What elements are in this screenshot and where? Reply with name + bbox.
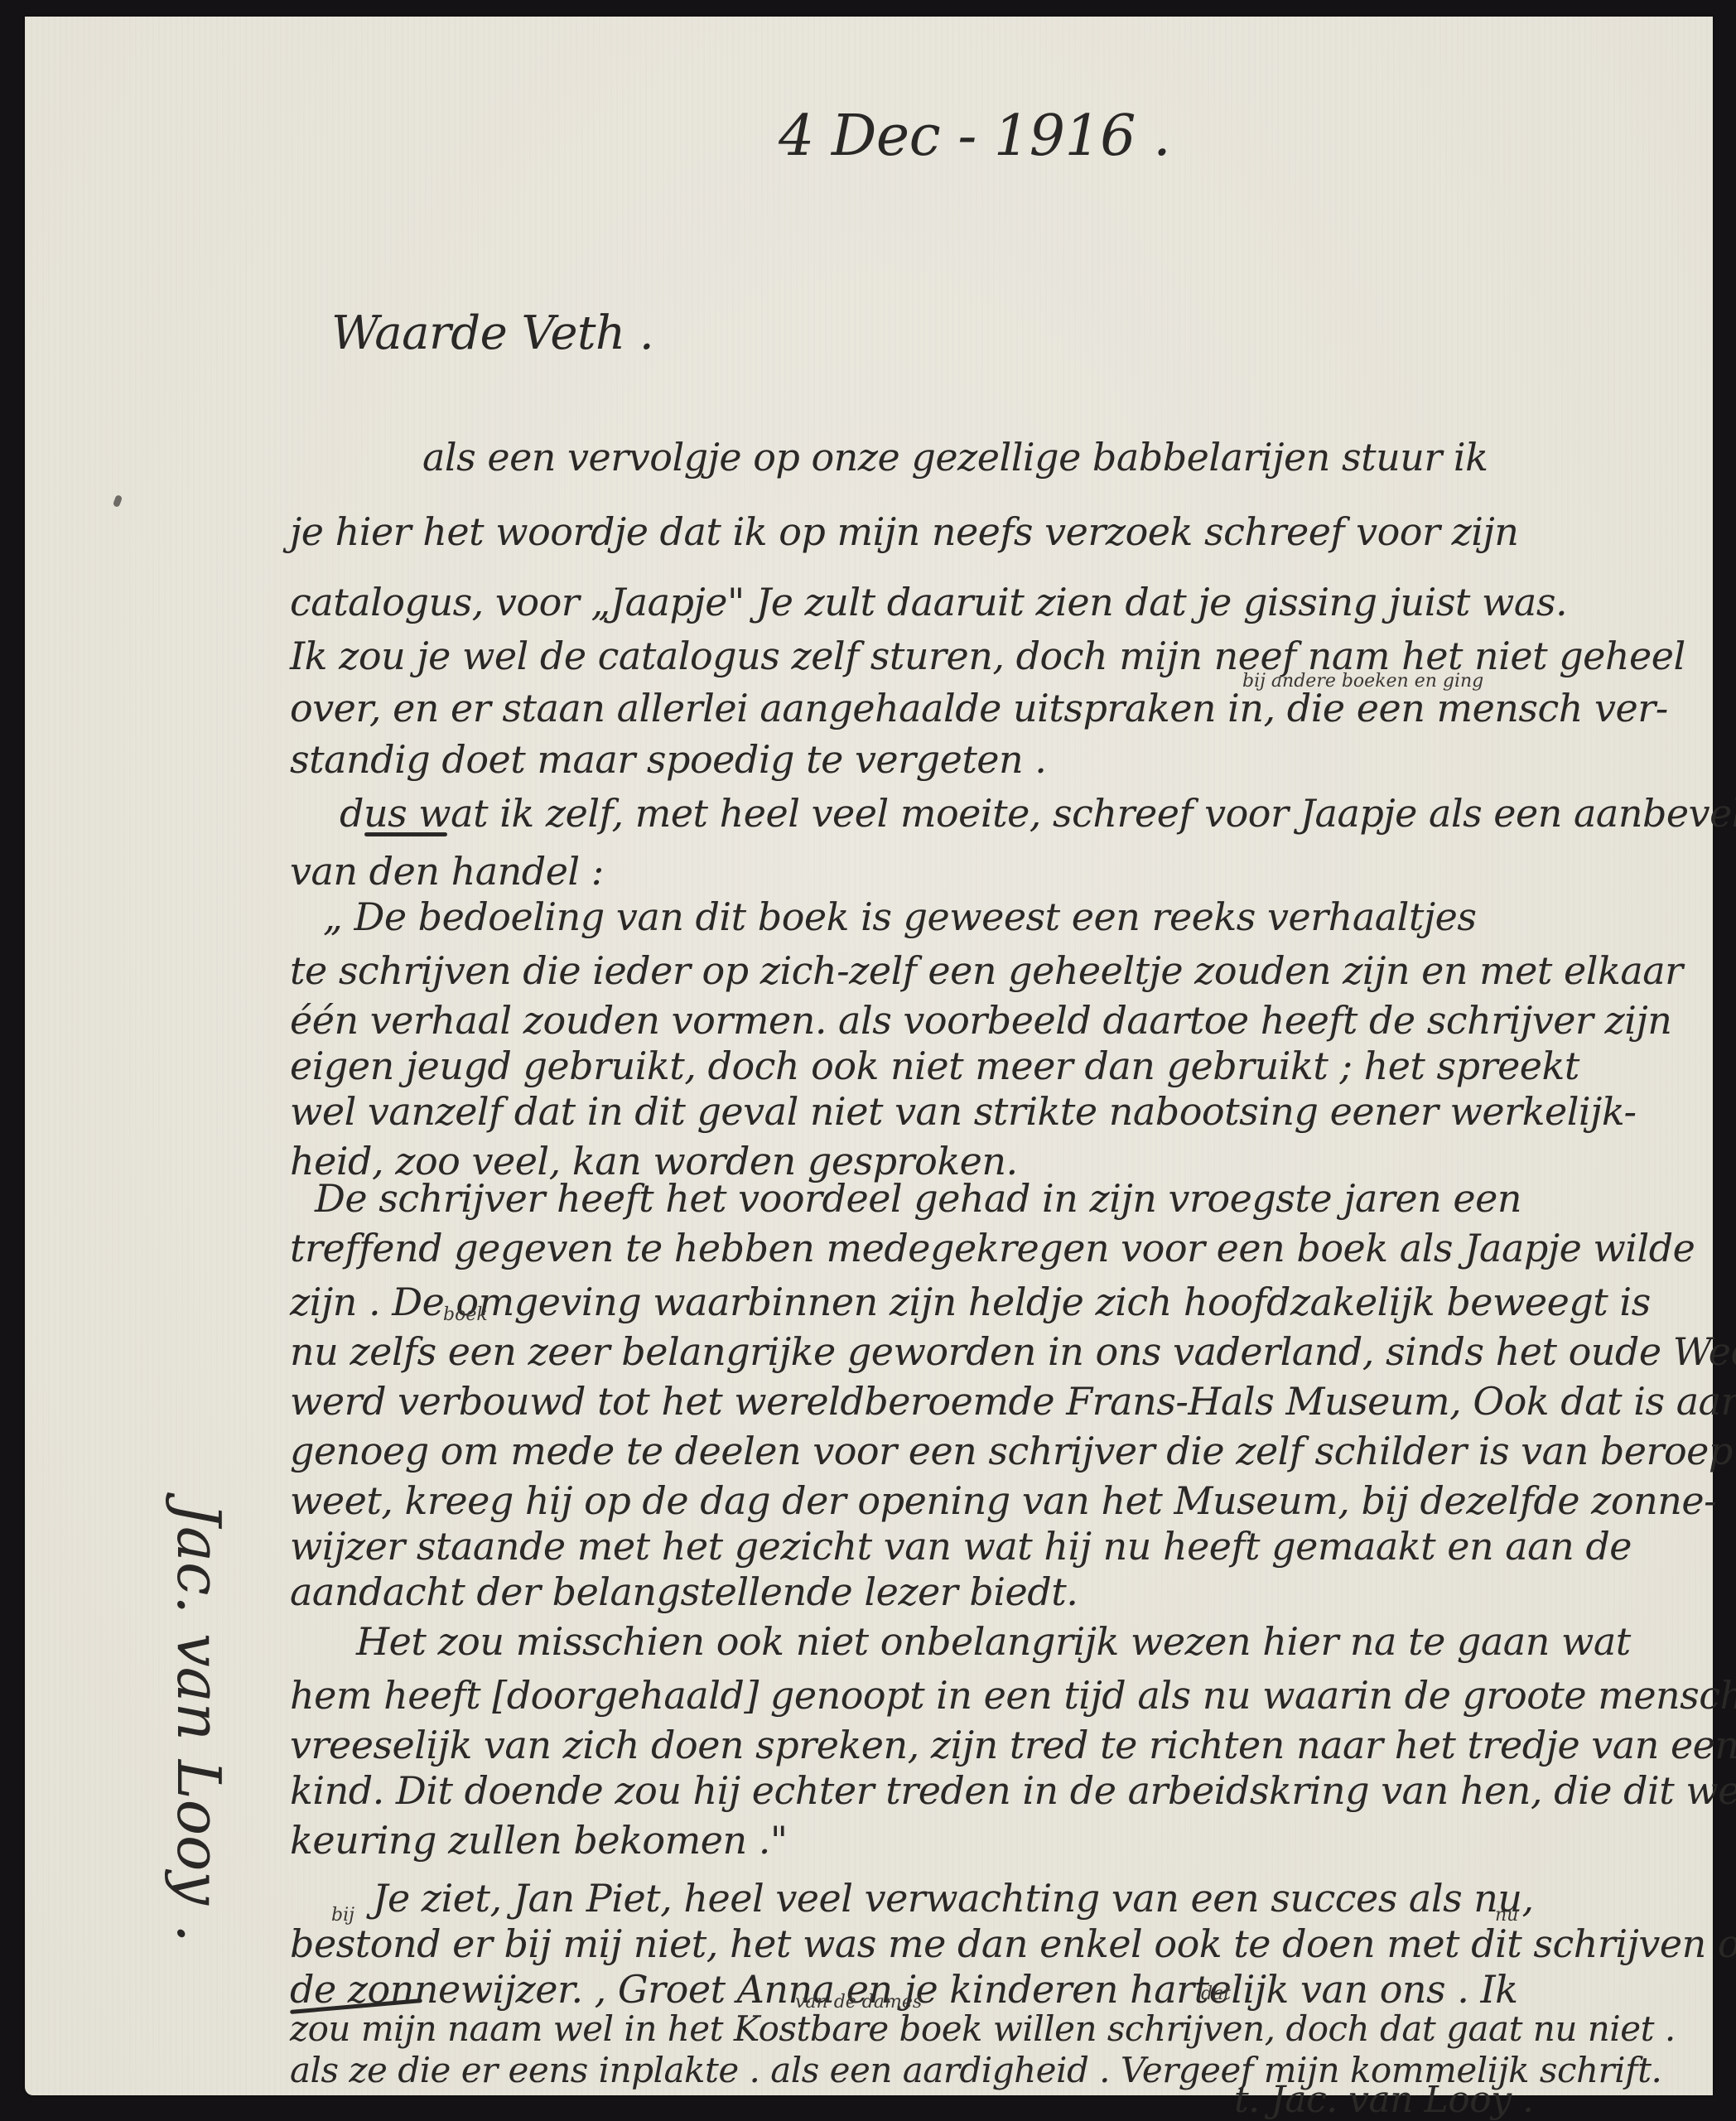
letter-line: wel vanzelf dat in dit geval niet van st… bbox=[290, 1089, 1637, 1134]
letter-line: als een vervolgje op onze gezellige babb… bbox=[422, 435, 1488, 480]
letter-line: bestond er bij mij niet, het was me dan … bbox=[290, 1921, 1736, 1966]
letter-line: kind. Dit doende zou hij echter treden i… bbox=[290, 1768, 1736, 1813]
side-signature: Jac. van Looy . bbox=[124, 1491, 273, 1955]
letter-line: weet, kreeg hij op de dag der opening va… bbox=[290, 1478, 1716, 1523]
letter-line: te schrijven die ieder op zich-zelf een … bbox=[290, 948, 1683, 993]
letter-paper: 4 Dec - 1916 . Waarde Veth . als een ver… bbox=[25, 17, 1713, 2095]
letter-line: standig doet maar spoedig te vergeten . bbox=[290, 737, 1046, 782]
letter-line: aandacht der belangstellende lezer biedt… bbox=[290, 1569, 1078, 1614]
letter-line: genoeg om mede te deelen voor een schrij… bbox=[290, 1429, 1736, 1473]
letter-line: treffend gegeven te hebben medegekregen … bbox=[290, 1226, 1695, 1270]
letter-line: vreeselijk van zich doen spreken, zijn t… bbox=[290, 1723, 1736, 1767]
letter-line: wijzer staande met het gezicht van wat h… bbox=[290, 1524, 1632, 1569]
letter-line: je hier het woordje dat ik op mijn neefs… bbox=[290, 509, 1518, 554]
letter-line: één verhaal zouden vormen. als voorbeeld… bbox=[290, 998, 1671, 1043]
interlinear-note: boek bbox=[443, 1304, 488, 1325]
letter-line: Het zou misschien ook niet onbelangrijk … bbox=[356, 1619, 1631, 1664]
letter-line: Je ziet, Jan Piet, heel veel verwachting… bbox=[373, 1876, 1534, 1921]
letter-line: over, en er staan allerlei aangehaalde u… bbox=[290, 686, 1668, 730]
letter-line: keuring zullen bekomen ." bbox=[290, 1818, 787, 1863]
letter-line: catalogus, voor „Jaapje" Je zult daaruit… bbox=[290, 580, 1567, 624]
ink-mark bbox=[113, 494, 123, 508]
letter-line: zijn . De omgeving waarbinnen zijn heldj… bbox=[290, 1280, 1651, 1324]
letter-date: 4 Dec - 1916 . bbox=[779, 104, 1170, 169]
underline-ik-zelf bbox=[364, 832, 447, 836]
interlinear-note: dat bbox=[1201, 1984, 1231, 2004]
letter-line: zou mijn naam wel in het Kostbare boek w… bbox=[290, 2008, 1676, 2049]
letter-line: eigen jeugd gebruikt, doch ook niet meer… bbox=[290, 1044, 1579, 1088]
letter-line: De schrijver heeft het voordeel gehad in… bbox=[315, 1176, 1521, 1221]
side-signature-text: Jac. van Looy . bbox=[164, 1502, 234, 1943]
letter-line: „ De bedoeling van dit boek is geweest e… bbox=[323, 894, 1476, 939]
closing-signature: t. Jac. van Looy . bbox=[1234, 2079, 1534, 2115]
letter-line: dus wat ik zelf, met heel veel moeite, s… bbox=[340, 791, 1736, 836]
letter-line: werd verbouwd tot het wereldberoemde Fra… bbox=[290, 1379, 1736, 1424]
salutation: Waarde Veth . bbox=[331, 306, 653, 360]
letter-line: nu zelfs een zeer belangrijke geworden i… bbox=[290, 1329, 1736, 1374]
letter-line: van den handel : bbox=[290, 849, 604, 894]
letter-line: hem heeft [doorgehaald] genoopt in een t… bbox=[290, 1673, 1736, 1718]
